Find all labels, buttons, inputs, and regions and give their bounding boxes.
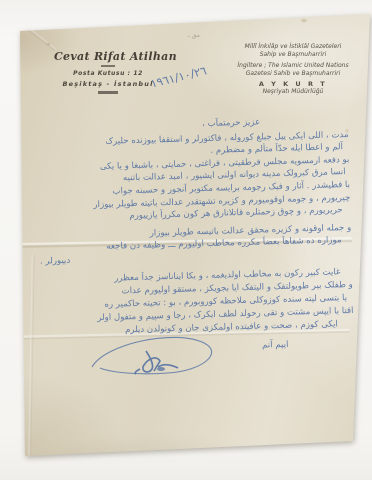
foxing-spot [46, 42, 51, 46]
signature-flourish [84, 327, 234, 385]
letterhead-divider [101, 65, 115, 67]
scan-background: Cevat Rifat Atilhan Posta Kutusu : 12 Be… [0, 0, 372, 480]
sender-name: Cevat Rifat Atilhan [54, 50, 162, 63]
letterhead-sender: Cevat Rifat Atilhan Posta Kutusu : 12 Be… [54, 50, 162, 94]
sender-city: Beşiktaş - İstanbul [54, 80, 162, 88]
title-line: Neşriyatı Müdürlüğü [226, 88, 360, 96]
letter-paper: Cevat Rifat Atilhan Posta Kutusu : 12 Be… [0, 0, 372, 480]
brand-name: A Y K U R T [226, 80, 360, 88]
title-line: İngiltere ; The Islamic United Nations [226, 62, 360, 70]
title-line: Sahip ve Başmuharriri [226, 51, 360, 59]
pencil-note: مق ـ [188, 32, 200, 39]
letterhead-divider [98, 91, 118, 94]
letter-body: عزيز حرمتمآب ، مدت ، اللی ایکی ییل جبلغ … [36, 114, 354, 358]
foxing-spot [300, 18, 308, 23]
title-line: Gazetesi Sahib ve Başmuharriri [226, 70, 360, 78]
paper-shadow: Cevat Rifat Atilhan Posta Kutusu : 12 Be… [0, 0, 372, 480]
fold-crease-vertical [28, 255, 34, 455]
paragraph-1: مدت ، اللی ایکی ییل جبلغ کوروله ، فاکتور… [37, 129, 353, 269]
sender-pobox: Posta Kutusu : 12 [54, 70, 162, 77]
corner-crease [18, 20, 56, 51]
title-line: Millî İnkılâp ve İstiklâl Gazeteleri [226, 43, 360, 51]
foxing-spot [334, 8, 340, 13]
letterhead-titles: Millî İnkılâp ve İstiklâl Gazeteleri Sah… [226, 43, 360, 96]
